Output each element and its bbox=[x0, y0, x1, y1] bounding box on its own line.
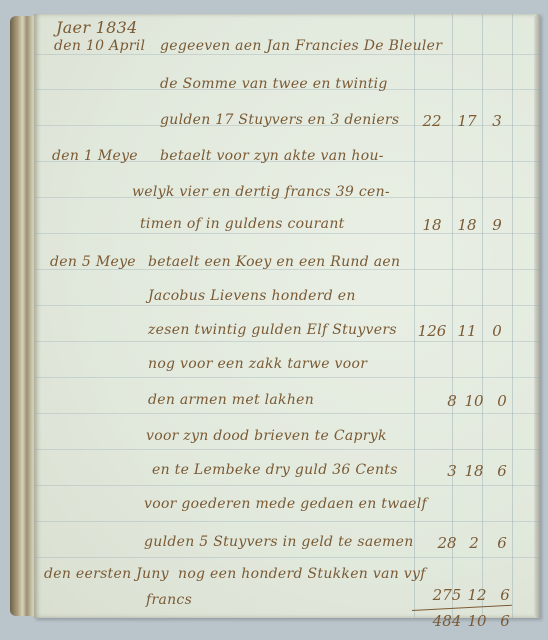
column-rule-end bbox=[512, 14, 513, 618]
page-edge bbox=[534, 14, 540, 618]
entry-line: de Somme van twee en twintig bbox=[160, 76, 388, 92]
ruled-line bbox=[34, 449, 540, 450]
amount-deniers: 6 bbox=[487, 534, 517, 552]
amount-stuyvers: 17 bbox=[452, 112, 482, 130]
entry-date: den 10 April bbox=[54, 38, 145, 54]
amount-deniers: 6 bbox=[490, 586, 520, 604]
column-rule-stuyvers bbox=[452, 14, 453, 618]
amount-stuyvers: 12 bbox=[462, 586, 492, 604]
entry-line: gegeeven aen Jan Francies De Bleuler bbox=[160, 38, 442, 54]
amount-gulden: 28 bbox=[432, 534, 462, 552]
total-stuyvers: 10 bbox=[462, 612, 492, 630]
ruled-line bbox=[34, 521, 540, 522]
entry-line: timen of in guldens courant bbox=[140, 216, 345, 232]
ledger-heading: Jaer 1834 bbox=[56, 18, 138, 37]
entry-line: francs bbox=[146, 592, 192, 608]
entry-line: en te Lembeke dry guld 36 Cents bbox=[152, 462, 398, 478]
amount-stuyvers: 18 bbox=[459, 462, 489, 480]
entry-date: den 1 Meye bbox=[52, 148, 138, 164]
entry-line: voor goederen mede gedaen en twaelf bbox=[144, 496, 427, 512]
entry-line: nog voor een zakk tarwe voor bbox=[148, 356, 367, 372]
entry-date: den eersten Juny bbox=[44, 566, 169, 582]
column-rule-gulden bbox=[414, 14, 415, 618]
amount-deniers: 9 bbox=[482, 216, 512, 234]
amount-gulden: 18 bbox=[417, 216, 447, 234]
ledger-page bbox=[34, 14, 540, 618]
entry-line: zesen twintig gulden Elf Stuyvers bbox=[148, 322, 397, 338]
entry-line: Jacobus Lievens honderd en bbox=[148, 288, 356, 304]
ruled-line bbox=[34, 485, 540, 486]
amount-stuyvers: 18 bbox=[452, 216, 482, 234]
amount-stuyvers: 11 bbox=[452, 322, 482, 340]
amount-gulden: 126 bbox=[417, 322, 447, 340]
ruled-line bbox=[34, 413, 540, 414]
amount-deniers: 0 bbox=[487, 392, 517, 410]
entry-line: den armen met lakhen bbox=[148, 392, 314, 408]
entry-line: gulden 17 Stuyvers en 3 deniers bbox=[160, 112, 399, 128]
amount-deniers: 3 bbox=[482, 112, 512, 130]
ruled-line bbox=[34, 54, 540, 55]
entry-line: gulden 5 Stuyvers in geld te saemen bbox=[144, 534, 414, 550]
entry-line: voor zyn dood brieven te Capryk bbox=[146, 428, 387, 444]
ruled-line bbox=[34, 377, 540, 378]
column-rule-deniers bbox=[482, 14, 483, 618]
amount-stuyvers: 10 bbox=[459, 392, 489, 410]
total-deniers: 6 bbox=[490, 612, 520, 630]
amount-deniers: 0 bbox=[482, 322, 512, 340]
amount-gulden: 22 bbox=[417, 112, 447, 130]
ruled-line bbox=[34, 305, 540, 306]
total-gulden: 484 bbox=[432, 612, 462, 630]
entry-line: nog een honderd Stukken van vyf bbox=[178, 566, 426, 582]
ruled-line bbox=[34, 341, 540, 342]
entry-line: welyk vier en dertig francs 39 cen- bbox=[132, 184, 390, 200]
ruled-line bbox=[34, 557, 540, 558]
entry-line: betaelt voor zyn akte van hou- bbox=[160, 148, 384, 164]
entry-date: den 5 Meye bbox=[50, 254, 136, 270]
amount-gulden: 275 bbox=[432, 586, 462, 604]
amount-deniers: 6 bbox=[487, 462, 517, 480]
amount-stuyvers: 2 bbox=[459, 534, 489, 552]
entry-line: betaelt een Koey en een Rund aen bbox=[148, 254, 400, 270]
